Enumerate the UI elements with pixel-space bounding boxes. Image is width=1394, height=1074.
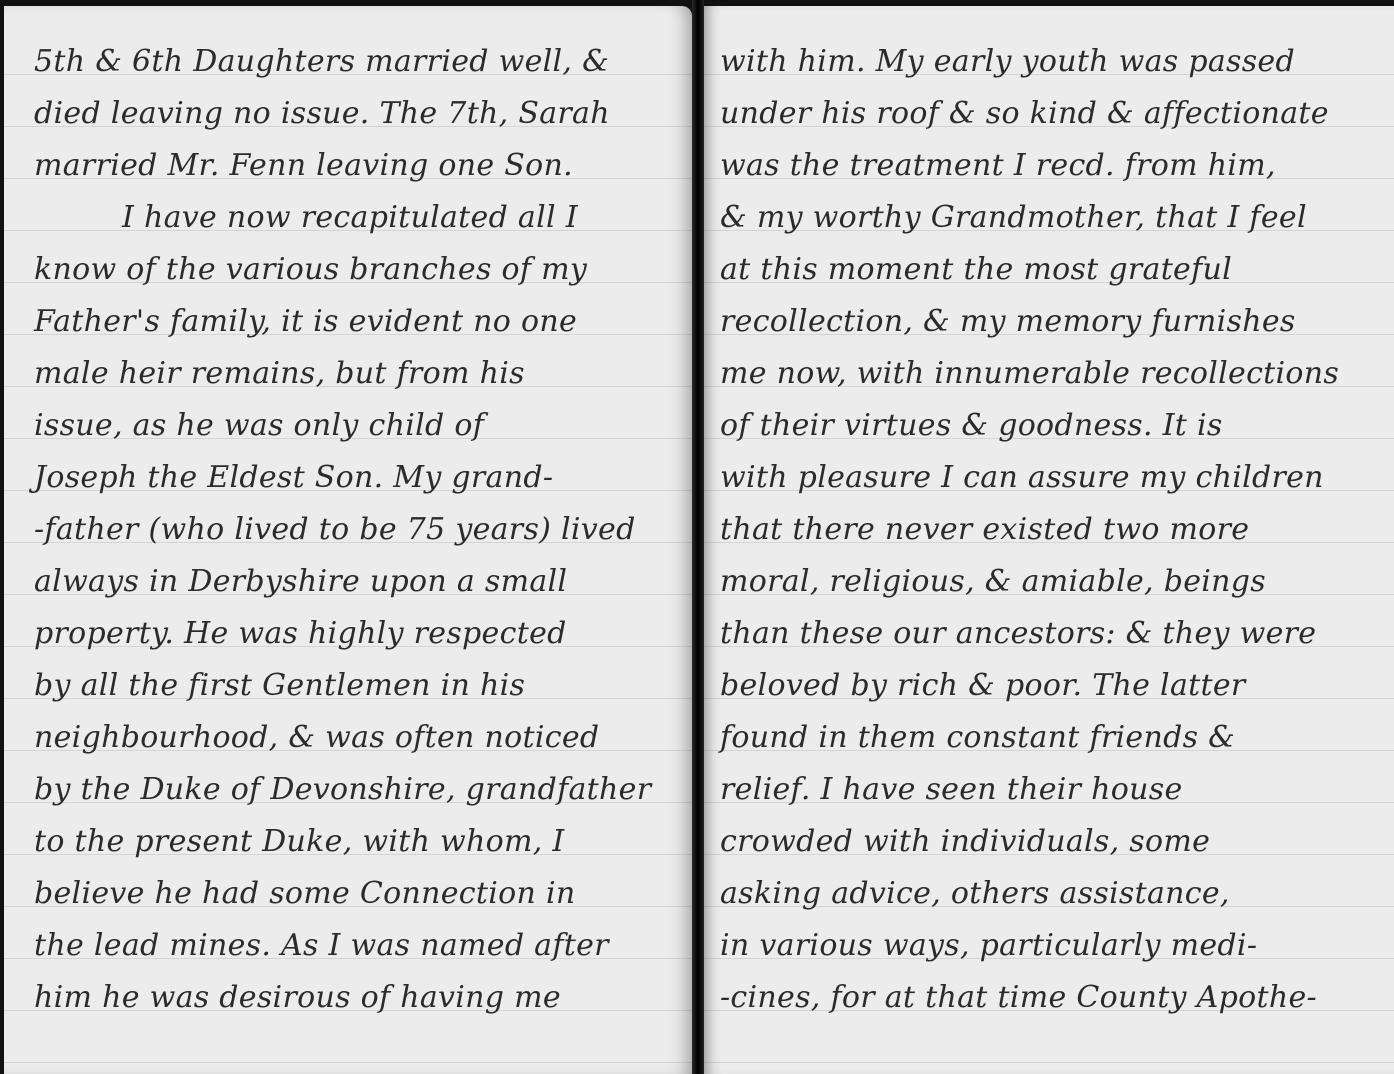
text-line: neighbourhood, & was often noticed xyxy=(4,712,692,764)
text-line: believe he had some Connection in xyxy=(4,868,692,920)
text-line: property. He was highly respected xyxy=(4,608,692,660)
text-line: issue, as he was only child of xyxy=(4,400,692,452)
text-line: recollection, & my memory furnishes xyxy=(704,296,1394,348)
text-line: male heir remains, but from his xyxy=(4,348,692,400)
text-line: 5th & 6th Daughters married well, & xyxy=(4,36,692,88)
notebook-spread: 5th & 6th Daughters married well, & died… xyxy=(0,0,1394,1074)
text-line: to the present Duke, with whom, I xyxy=(4,816,692,868)
text-line: I have now recapitulated all I xyxy=(4,192,692,244)
text-line: always in Derbyshire upon a small xyxy=(4,556,692,608)
text-line: Joseph the Eldest Son. My grand- xyxy=(4,452,692,504)
text-line: asking advice, others assistance, xyxy=(704,868,1394,920)
text-line: married Mr. Fenn leaving one Son. xyxy=(4,140,692,192)
text-line: crowded with individuals, some xyxy=(704,816,1394,868)
text-line: died leaving no issue. The 7th, Sarah xyxy=(4,88,692,140)
text-line: beloved by rich & poor. The latter xyxy=(704,660,1394,712)
text-line: with pleasure I can assure my children xyxy=(704,452,1394,504)
text-line: than these our ancestors: & they were xyxy=(704,608,1394,660)
text-line: -cines, for at that time County Apothe- xyxy=(704,972,1394,1024)
left-page-text: 5th & 6th Daughters married well, & died… xyxy=(4,36,692,1024)
text-line: me now, with innumerable recollections xyxy=(704,348,1394,400)
text-line: -father (who lived to be 75 years) lived xyxy=(4,504,692,556)
text-line: by all the first Gentlemen in his xyxy=(4,660,692,712)
text-line: by the Duke of Devonshire, grandfather xyxy=(4,764,692,816)
text-line: with him. My early youth was passed xyxy=(704,36,1394,88)
text-line: him he was desirous of having me xyxy=(4,972,692,1024)
right-page: with him. My early youth was passed unde… xyxy=(704,6,1394,1074)
text-line: at this moment the most grateful xyxy=(704,244,1394,296)
text-line: know of the various branches of my xyxy=(4,244,692,296)
text-line: that there never existed two more xyxy=(704,504,1394,556)
text-line: under his roof & so kind & affectionate xyxy=(704,88,1394,140)
text-line: Father's family, it is evident no one xyxy=(4,296,692,348)
text-line: & my worthy Grandmother, that I feel xyxy=(704,192,1394,244)
text-line: of their virtues & goodness. It is xyxy=(704,400,1394,452)
text-line: found in them constant friends & xyxy=(704,712,1394,764)
left-page: 5th & 6th Daughters married well, & died… xyxy=(4,6,692,1074)
right-page-text: with him. My early youth was passed unde… xyxy=(704,36,1394,1024)
text-line: relief. I have seen their house xyxy=(704,764,1394,816)
text-line: the lead mines. As I was named after xyxy=(4,920,692,972)
text-line: was the treatment I recd. from him, xyxy=(704,140,1394,192)
text-line: in various ways, particularly medi- xyxy=(704,920,1394,972)
text-line: moral, religious, & amiable, beings xyxy=(704,556,1394,608)
book-gutter xyxy=(692,0,704,1074)
